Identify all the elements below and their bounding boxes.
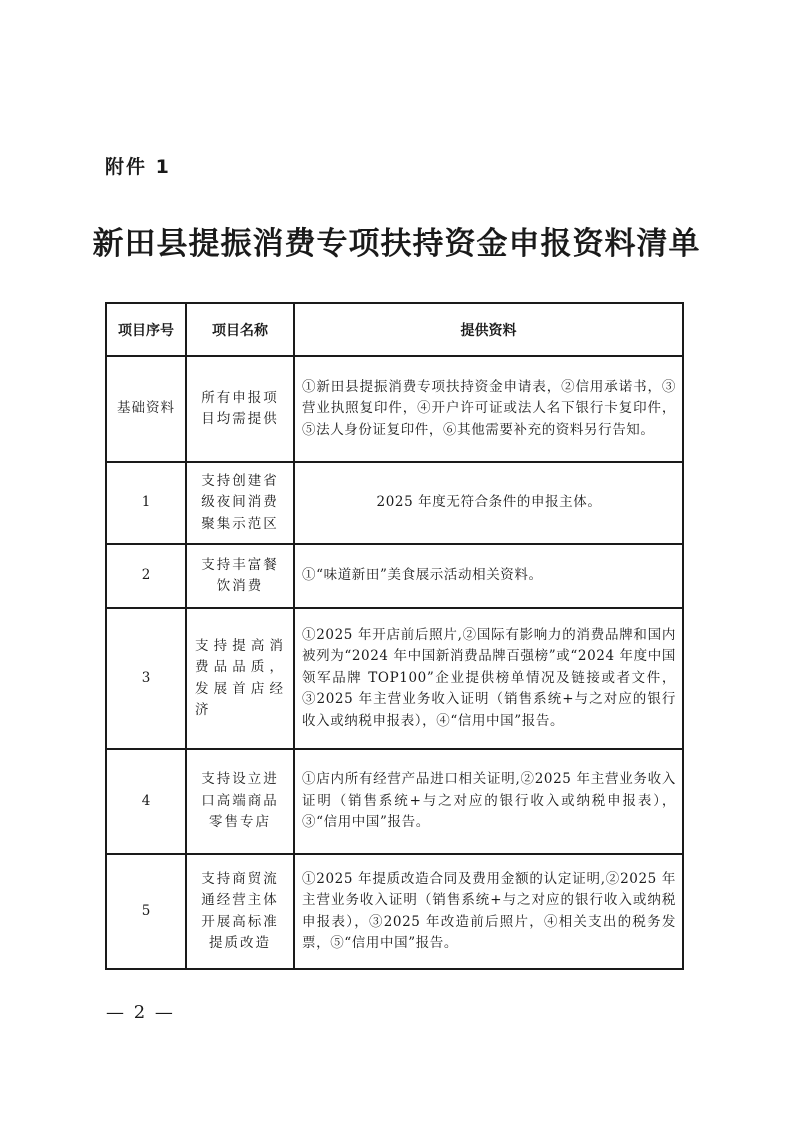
- row-no: 基础资料: [106, 356, 186, 462]
- page-number: — 2 —: [106, 1002, 175, 1023]
- table-header-row: 项目序号 项目名称 提供资料: [106, 303, 683, 356]
- row-materials: ①2025 年提质改造合同及费用金额的认定证明,②2025 年主营业务收入证明（…: [294, 854, 683, 969]
- row-name: 支持设立进口高端商品零售专店: [186, 749, 294, 854]
- table-row: 5 支持商贸流通经营主体开展高标准提质改造 ①2025 年提质改造合同及费用金额…: [106, 854, 683, 969]
- row-no: 3: [106, 608, 186, 749]
- document-title: 新田县提振消费专项扶持资金申报资料清单: [0, 218, 793, 263]
- row-name: 所有申报项目均需提供: [186, 356, 294, 462]
- row-no: 5: [106, 854, 186, 969]
- materials-table: 项目序号 项目名称 提供资料 基础资料 所有申报项目均需提供 ①新田县提振消费专…: [105, 302, 684, 970]
- row-name: 支持商贸流通经营主体开展高标准提质改造: [186, 854, 294, 969]
- table-row: 3 支持提高消费品品质，发展首店经济 ①2025 年开店前后照片,②国际有影响力…: [106, 608, 683, 749]
- row-name: 支持丰富餐饮消费: [186, 544, 294, 608]
- attachment-label: 附件 1: [105, 152, 171, 179]
- table-row: 基础资料 所有申报项目均需提供 ①新田县提振消费专项扶持资金申请表，②信用承诺书…: [106, 356, 683, 462]
- header-materials: 提供资料: [294, 303, 683, 356]
- row-materials: ①2025 年开店前后照片,②国际有影响力的消费品牌和国内被列为“2024 年中…: [294, 608, 683, 749]
- row-materials: ①新田县提振消费专项扶持资金申请表，②信用承诺书，③营业执照复印件，④开户许可证…: [294, 356, 683, 462]
- table-row: 4 支持设立进口高端商品零售专店 ①店内所有经营产品进口相关证明,②2025 年…: [106, 749, 683, 854]
- row-materials: ①“味道新田”美食展示活动相关资料。: [294, 544, 683, 608]
- header-item-name: 项目名称: [186, 303, 294, 356]
- row-no: 1: [106, 462, 186, 544]
- row-no: 4: [106, 749, 186, 854]
- row-materials: ①店内所有经营产品进口相关证明,②2025 年主营业务收入证明（销售系统+与之对…: [294, 749, 683, 854]
- row-no: 2: [106, 544, 186, 608]
- row-name: 支持提高消费品品质，发展首店经济: [186, 608, 294, 749]
- row-materials: 2025 年度无符合条件的申报主体。: [294, 462, 683, 544]
- table-row: 1 支持创建省级夜间消费聚集示范区 2025 年度无符合条件的申报主体。: [106, 462, 683, 544]
- row-name: 支持创建省级夜间消费聚集示范区: [186, 462, 294, 544]
- header-item-no: 项目序号: [106, 303, 186, 356]
- table-row: 2 支持丰富餐饮消费 ①“味道新田”美食展示活动相关资料。: [106, 544, 683, 608]
